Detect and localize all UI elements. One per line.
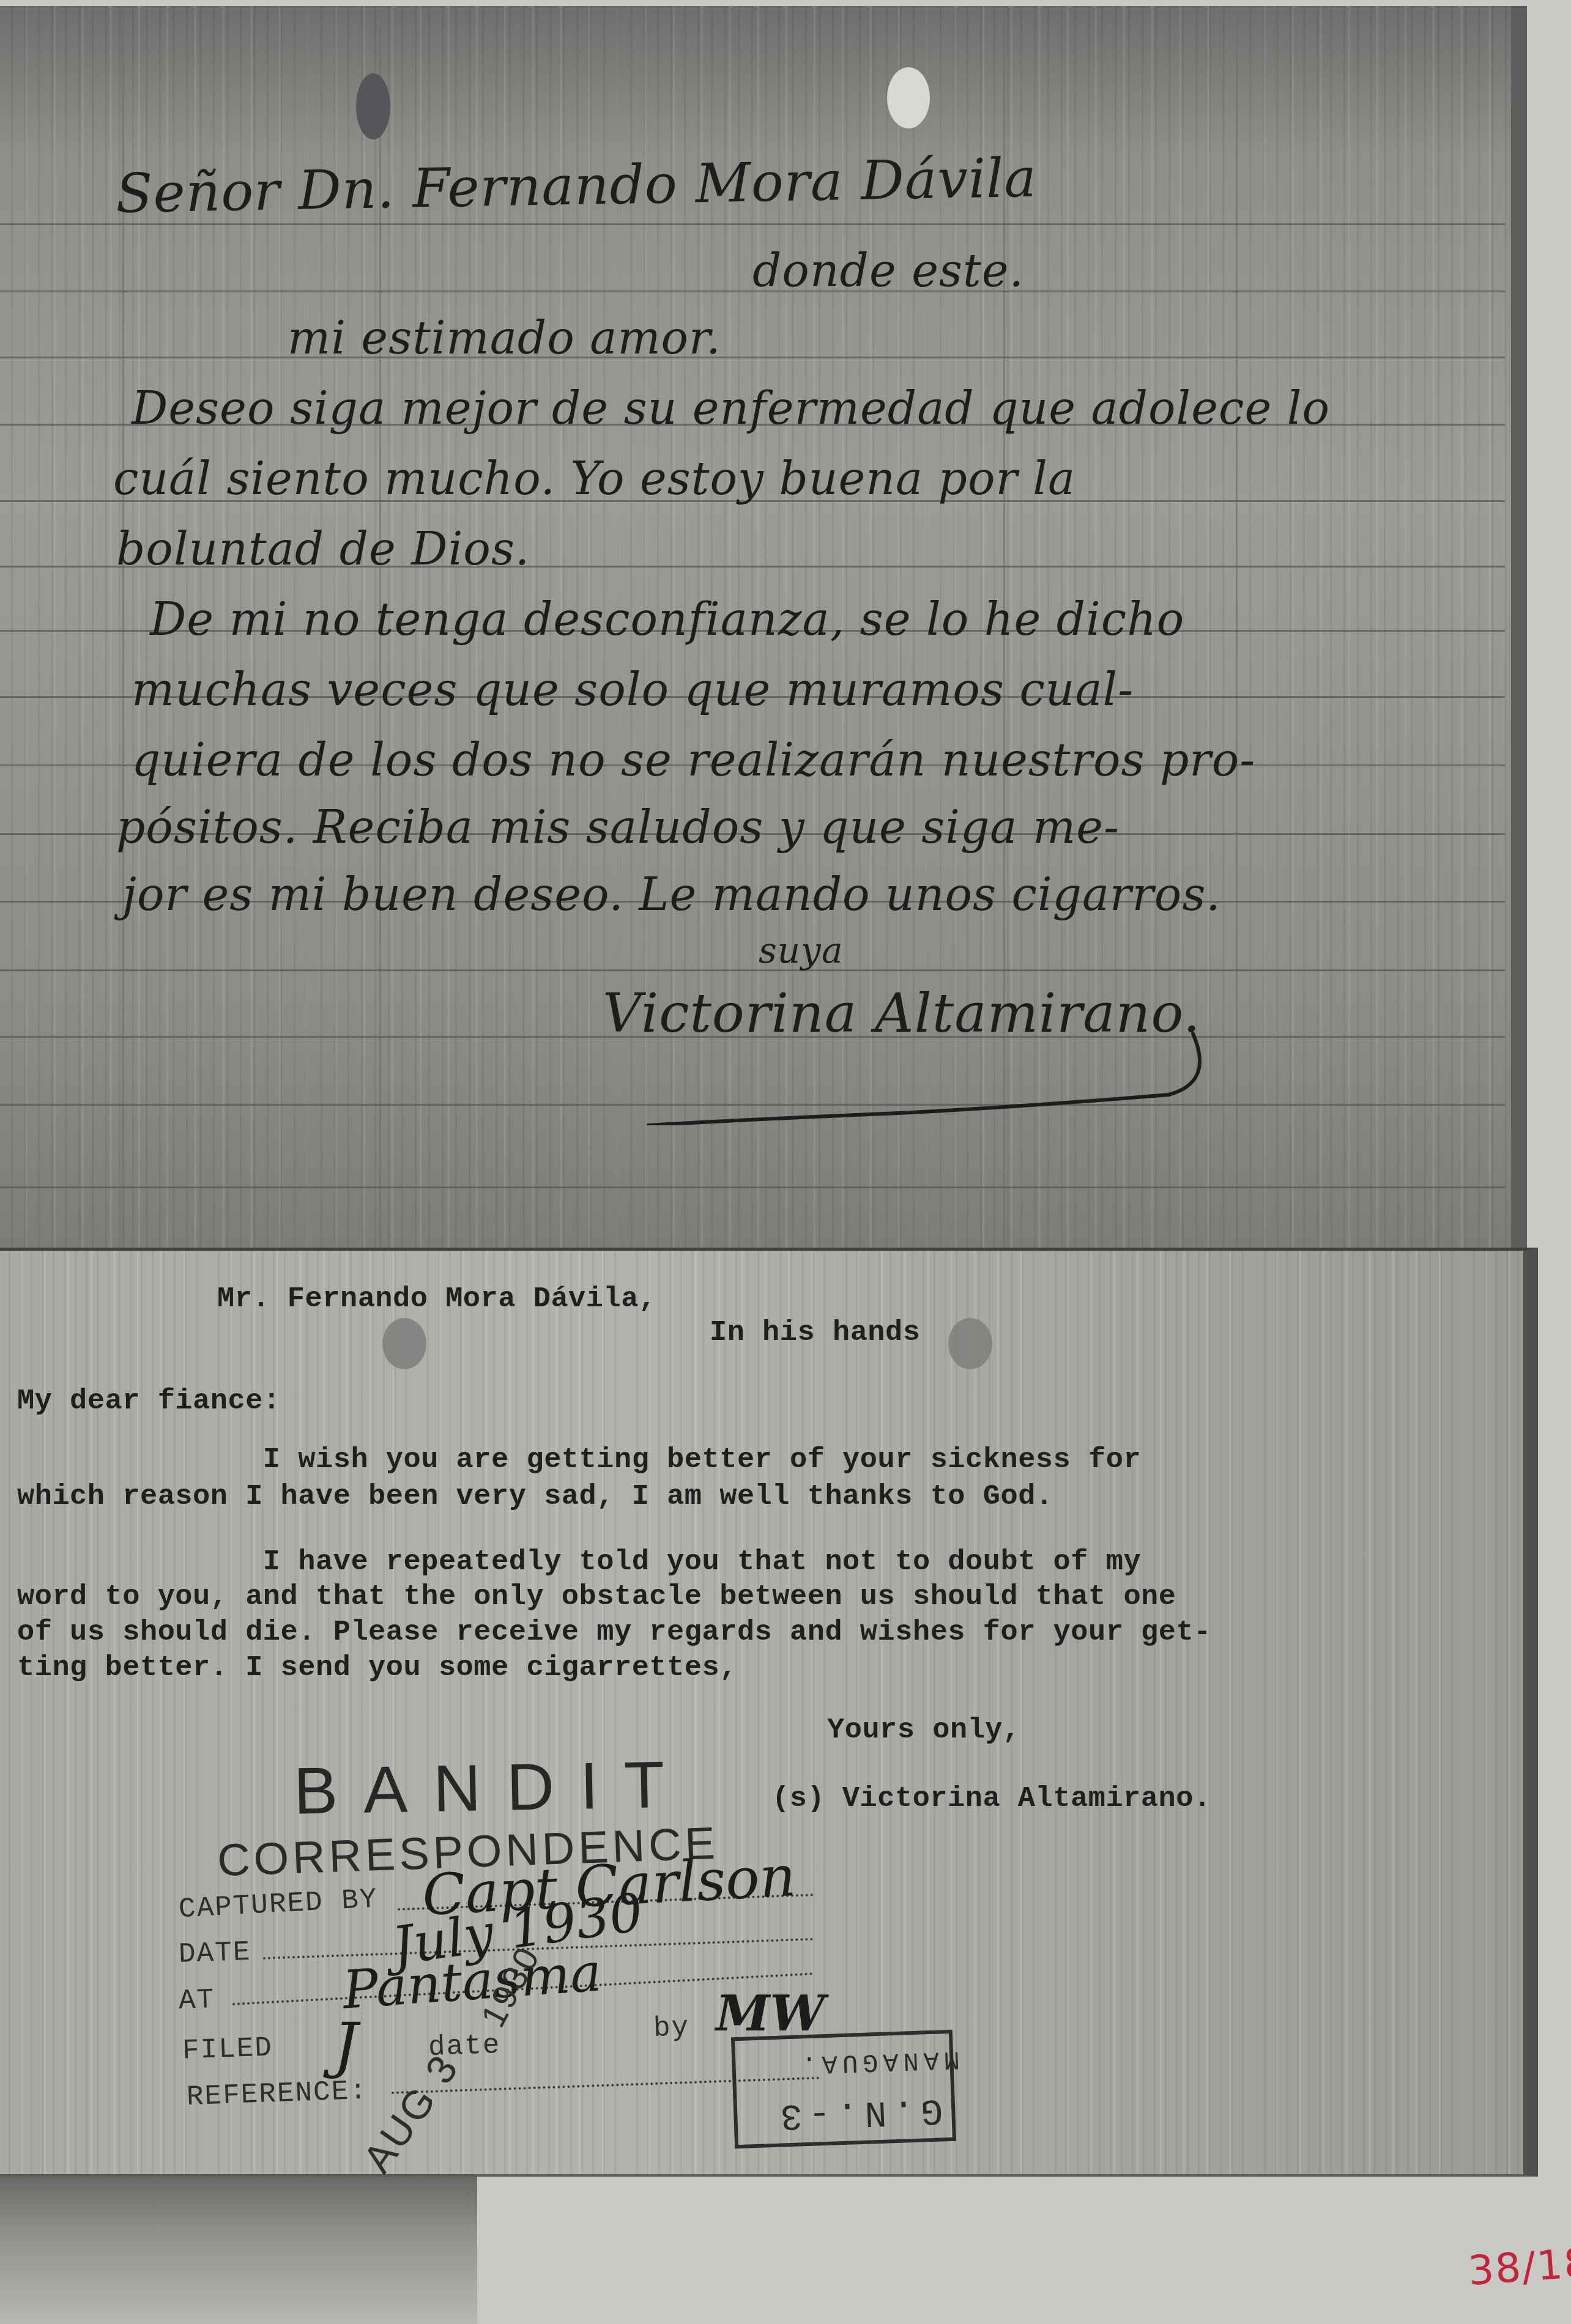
stamp-label-date: DATE [178, 1936, 251, 1971]
typed-paragraph-line: I wish you are getting better of your si… [17, 1442, 1141, 1479]
office-box-code: G.N.-3 [773, 2089, 943, 2136]
ruled-line [0, 223, 1505, 225]
scan-shadow [0, 2165, 477, 2324]
handwritten-greeting: mi estimado amor. [288, 312, 721, 365]
office-box-location: MANAGUA. [797, 2044, 960, 2079]
stamp-label-at: AT [178, 1984, 215, 2017]
ruled-line [0, 357, 1505, 358]
typed-closing: Yours only, [827, 1712, 1020, 1749]
handwritten-address: donde este. [752, 245, 1024, 297]
signature-flourish-icon [642, 1021, 1205, 1125]
typed-salutation: My dear fiance: [17, 1383, 281, 1420]
handwritten-line: Deseo siga mejor de su enfermedad que ad… [132, 382, 1330, 435]
typed-paragraph-line: which reason I have been very sad, I am … [17, 1479, 1053, 1515]
handwritten-line: muchas veces que solo que muramos cual- [132, 664, 1134, 716]
typed-paragraph-line: I have repeatedly told you that not to d… [17, 1544, 1141, 1581]
archive-page-number: 38/18 [1467, 2239, 1571, 2295]
punch-hole [948, 1318, 992, 1369]
office-box-stamp: MANAGUA. G.N.-3 [731, 2030, 956, 2149]
handwritten-line: boluntad de Dios. [116, 523, 530, 575]
typed-addressee: Mr. Fernando Mora Dávila, [217, 1281, 656, 1318]
handwritten-salutation: Señor Dn. Fernando Mora Dávila [115, 146, 1037, 225]
handwritten-line: cuál siento mucho. Yo estoy buena por la [113, 453, 1075, 505]
punch-hole [356, 73, 390, 139]
typed-signature: (s) Victorina Altamirano. [772, 1781, 1211, 1818]
stamp-label-filed: FILED [182, 2032, 273, 2067]
handwritten-line: quiera de los dos no se realizarán nuest… [132, 734, 1255, 786]
stamp-title: BANDIT [293, 1745, 691, 1829]
ruled-line [0, 1186, 1505, 1188]
stamp-label-by: by [653, 2011, 690, 2045]
handwritten-line: jor es mi buen deseo. Le mando unos ciga… [122, 868, 1221, 921]
typed-paragraph-line: of us should die. Please receive my rega… [17, 1615, 1211, 1651]
punch-hole [887, 67, 930, 128]
margin-line [1236, 6, 1238, 1248]
stamp-label-reference: REFERENCE: [186, 2075, 368, 2113]
filed-value: J [333, 2009, 358, 2081]
punch-hole [382, 1318, 426, 1369]
ruled-line [0, 969, 1505, 971]
handwritten-line: pósitos. Reciba mis saludos y que siga m… [116, 801, 1120, 854]
handwritten-closing: suya [759, 930, 843, 971]
handwritten-letter-sheet: Señor Dn. Fernando Mora Dávila donde est… [0, 6, 1527, 1248]
handwritten-line: De mi no tenga desconfianza, se lo he di… [150, 593, 1184, 646]
typed-paragraph-line: word to you, and that the only obstacle … [17, 1579, 1176, 1616]
typed-addressee-location: In his hands [710, 1315, 920, 1352]
filed-by-value: MW [716, 1985, 825, 2042]
typed-paragraph-line: ting better. I send you some cigarrettes… [17, 1650, 737, 1687]
